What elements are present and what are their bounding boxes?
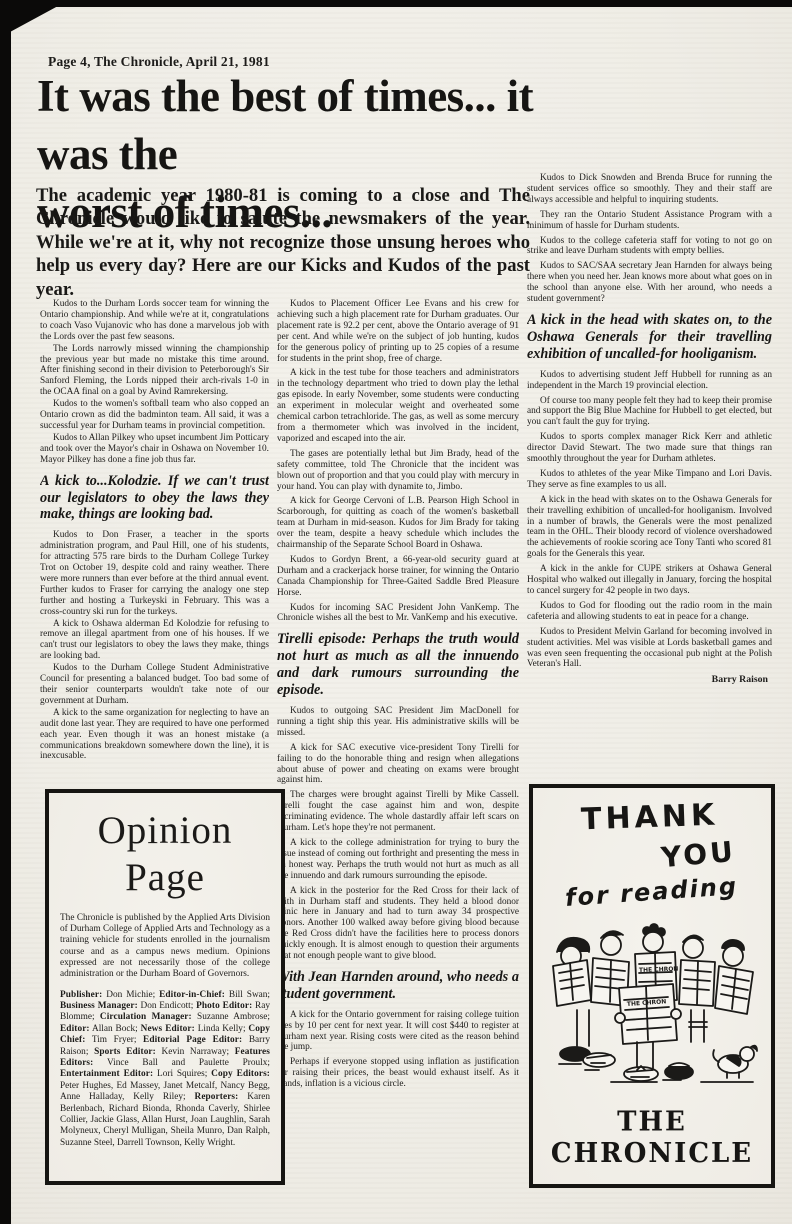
paragraph: A kick for George Cervoni of L.B. Pearso…	[277, 496, 519, 551]
paragraph: The Lords narrowly missed winning the ch…	[40, 344, 269, 399]
masthead-value: Linda Kelly;	[198, 1024, 249, 1034]
masthead: Publisher: Don Michie; Editor-in-Chief: …	[60, 990, 270, 1150]
masthead-value: Peter Hughes, Ed Massey, Janet Metcalf, …	[60, 1081, 270, 1102]
opinion-page-box: Opinion Page The Chronicle is published …	[45, 789, 285, 1185]
paragraph: A kick for the Ontario government for ra…	[277, 1010, 519, 1054]
opinion-page-title: Opinion Page	[60, 807, 270, 901]
kick-subhead-tirelli: Tirelli episode: Perhaps the truth would…	[277, 631, 519, 699]
masthead-value: Kevin Narraway;	[162, 1047, 235, 1057]
paragraph: Kudos to sports complex manager Rick Ker…	[527, 432, 772, 465]
paragraph: Kudos to Don Fraser, a teacher in the sp…	[40, 530, 269, 617]
column-right: Kudos to Dick Snowden and Brenda Bruce f…	[527, 173, 772, 787]
cartoon-paper-label: THE CHRON	[639, 966, 679, 974]
masthead-label: Photo Editor:	[196, 1001, 252, 1011]
paragraph: Kudos to the college cafeteria staff for…	[527, 236, 772, 258]
kick-subhead-harnden: With Jean Harnden around, who needs a st…	[277, 969, 519, 1003]
chronicle-logotype: THE CHRONICLE	[533, 1107, 771, 1170]
thank-you-box: THANK YOU for reading	[529, 784, 775, 1188]
masthead-label: Reporters:	[195, 1092, 239, 1102]
masthead-label: Business Manager:	[60, 1001, 138, 1011]
masthead-value: Don Michie;	[106, 990, 159, 1000]
crowd-reading-cartoon: THE CHRON THE CHRON	[541, 914, 763, 1098]
kick-subhead-generals: A kick in the head with skates on, to th…	[527, 312, 772, 363]
paragraph: Kudos to the women's softball team who a…	[40, 399, 269, 432]
paragraph: Kudos to Allan Pilkey who upset incumben…	[40, 433, 269, 466]
masthead-label: Editor-in-Chief:	[159, 990, 225, 1000]
paragraph: They ran the Ontario Student Assistance …	[527, 210, 772, 232]
paragraph: Kudos to athletes of the year Mike Timpa…	[527, 469, 772, 491]
masthead-label: Editorial Page Editor:	[143, 1035, 242, 1045]
masthead-value: Vince Ball and Paulette Proulx;	[107, 1058, 270, 1068]
masthead-value: Bill Swan;	[229, 990, 270, 1000]
paragraph: Kudos to the Durham College Student Admi…	[40, 663, 269, 707]
opinion-title-line-2: Page	[60, 854, 270, 901]
paragraph: Kudos to President Melvin Garland for be…	[527, 627, 772, 671]
paragraph: Kudos to Dick Snowden and Brenda Bruce f…	[527, 173, 772, 206]
paragraph: A kick to the college administration for…	[277, 838, 519, 882]
masthead-label: Publisher:	[60, 990, 102, 1000]
paragraph: The charges were brought against Tirelli…	[277, 790, 519, 834]
column-left: Kudos to the Durham Lords soccer team fo…	[40, 299, 269, 791]
masthead-label: Editor:	[60, 1024, 90, 1034]
torn-corner	[10, 6, 58, 32]
paragraph: A kick in the head with skates on to the…	[527, 495, 772, 560]
masthead-value: Don Endicott;	[141, 1001, 197, 1011]
paragraph: A kick to Oshawa alderman Ed Kolodzie fo…	[40, 619, 269, 663]
masthead-value: Lori Squires;	[157, 1069, 211, 1079]
newspaper-page: Page 4, The Chronicle, April 21, 1981 It…	[11, 7, 792, 1224]
intro-paragraph: The academic year 1980-81 is coming to a…	[36, 184, 530, 301]
paragraph: A kick to the same organization for negl…	[40, 708, 269, 763]
paragraph: Of course too many people felt they had …	[527, 396, 772, 429]
opinion-title-line-1: Opinion	[60, 807, 270, 854]
paragraph: A kick for SAC executive vice-president …	[277, 743, 519, 787]
paragraph: Kudos to God for flooding out the radio …	[527, 601, 772, 623]
paragraph: Kudos to SAC/SAA secretary Jean Harnden …	[527, 261, 772, 305]
paragraph: Kudos to advertising student Jeff Hubbel…	[527, 370, 772, 392]
thank-you-for-reading: for reading	[564, 872, 739, 912]
column-middle: Kudos to Placement Officer Lee Evans and…	[277, 299, 519, 1196]
thank-you-word-thank: THANK	[580, 798, 718, 838]
masthead-value: Suzanne Ambrose;	[197, 1012, 270, 1022]
paragraph: Perhaps if everyone stopped using inflat…	[277, 1057, 519, 1090]
thank-you-word-you: YOU	[660, 835, 737, 874]
masthead-value: Allan Bock;	[92, 1024, 141, 1034]
paragraph: The gases are potentially lethal but Jim…	[277, 449, 519, 493]
paragraph: Kudos to outgoing SAC President Jim MacD…	[277, 706, 519, 739]
masthead-label: News Editor:	[141, 1024, 195, 1034]
masthead-label: Sports Editor:	[94, 1047, 156, 1057]
paragraph: A kick in the ankle for CUPE strikers at…	[527, 564, 772, 597]
headline-line-1: It was the best of times... it was the	[37, 67, 585, 183]
masthead-label: Entertainment Editor:	[60, 1069, 153, 1079]
paragraph: Kudos for incoming SAC President John Va…	[277, 603, 519, 625]
paragraph: Kudos to Placement Officer Lee Evans and…	[277, 299, 519, 364]
masthead-label: Copy Editors:	[211, 1069, 270, 1079]
kick-subhead-kolodzie: A kick to...Kolodzie. If we can't trust …	[40, 473, 269, 524]
masthead-label: Circulation Manager:	[100, 1012, 192, 1022]
masthead-value: Tim Fryer;	[92, 1035, 143, 1045]
opinion-about-text: The Chronicle is published by the Applie…	[60, 913, 270, 980]
paragraph: Kudos to the Durham Lords soccer team fo…	[40, 299, 269, 343]
paragraph: Kudos to Gordyn Brent, a 66-year-old sec…	[277, 555, 519, 599]
paragraph: A kick in the posterior for the Red Cros…	[277, 886, 519, 962]
byline: Barry Raison	[527, 674, 772, 685]
paragraph: A kick in the test tube for those teache…	[277, 368, 519, 444]
